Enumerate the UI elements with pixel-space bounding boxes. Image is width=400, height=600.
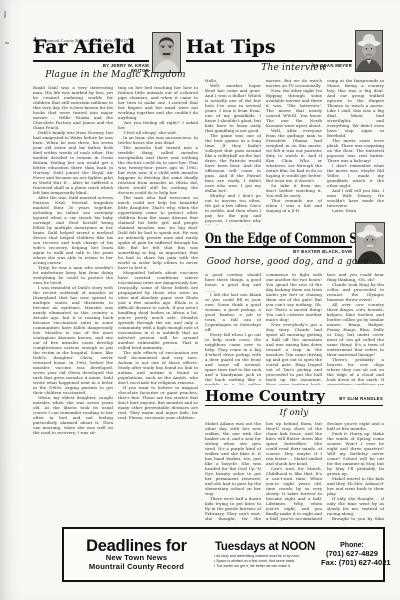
common-sense-byline: BY BAXTER BLACK, DVM <box>252 249 352 254</box>
hat-tips-column-1: Hello,Well, another Super Bowl has come … <box>205 78 261 225</box>
deadlines-org-2: Mountrail County Record <box>64 563 209 572</box>
hat-tips-column-3: camp at the fairgrounds in Minot. Being … <box>327 78 384 225</box>
section-title-far-afield: Far Afield <box>33 37 135 57</box>
deadlines-notes: All story and advertising material must … <box>209 554 321 568</box>
deadlines-box: Deadlines for New Town News Mountrail Co… <box>62 527 385 582</box>
home-country-column-1: Mabel Adams was out the other day, with … <box>205 421 261 521</box>
deadlines-schedule: Tuesdays at NOON <box>209 541 321 553</box>
deadlines-box-left: Deadlines for New Town News Mountrail Co… <box>64 538 209 571</box>
home-country-headline: If only <box>205 408 383 418</box>
common-sense-column-1: A good cowboy should have these things, … <box>205 272 261 385</box>
far-afield-column-1: Roald Dahl was a very interesting man. H… <box>33 85 113 497</box>
home-country-column-3: declare you're eight and a half at five … <box>327 421 384 521</box>
common-sense-column-2: commence to fight with one another for t… <box>266 272 322 385</box>
scan-artifact <box>5 42 9 44</box>
common-sense-headline: Good horse, good dog, and a good ... <box>205 257 383 267</box>
home-country-column-2: low up behind them, but they'll stop sho… <box>266 421 322 521</box>
jerry-kram-portrait <box>153 33 180 72</box>
deadlines-box-right: Phone: (701) 627-4829 Fax: (701) 627-402… <box>321 542 383 567</box>
hat-tips-rule <box>186 60 352 62</box>
far-afield-column-2: ting on her bed teaching her how to fash… <box>118 85 198 497</box>
newspaper-page: 4—Mountrail County Record, Friday, Feb. … <box>0 0 400 600</box>
scan-artifact <box>4 11 6 18</box>
hat-tips-column-2: movies. But we do watch movies on TV occ… <box>266 78 322 225</box>
home-country-byline: BY SLIM RANDLES <box>283 396 383 401</box>
common-sense-rule <box>205 246 352 248</box>
common-sense-column-3: face and you could hear Ring thinking, '… <box>327 272 384 385</box>
far-afield-rule <box>33 60 149 62</box>
section-title-hat-tips: Hat Tips <box>186 37 275 57</box>
deadlines-box-middle: Tuesdays at NOON All story and advertisi… <box>209 541 321 568</box>
far-afield-headline: Plague in the Magic Kingdom <box>33 70 198 80</box>
hat-tips-headline: The interview <box>205 63 383 73</box>
jerry-kram-photo <box>152 32 181 73</box>
fax-number: Fax: (701) 627-4021 <box>321 559 383 568</box>
home-country-rule <box>205 405 383 406</box>
deadlines-title: Deadlines for <box>64 538 209 554</box>
